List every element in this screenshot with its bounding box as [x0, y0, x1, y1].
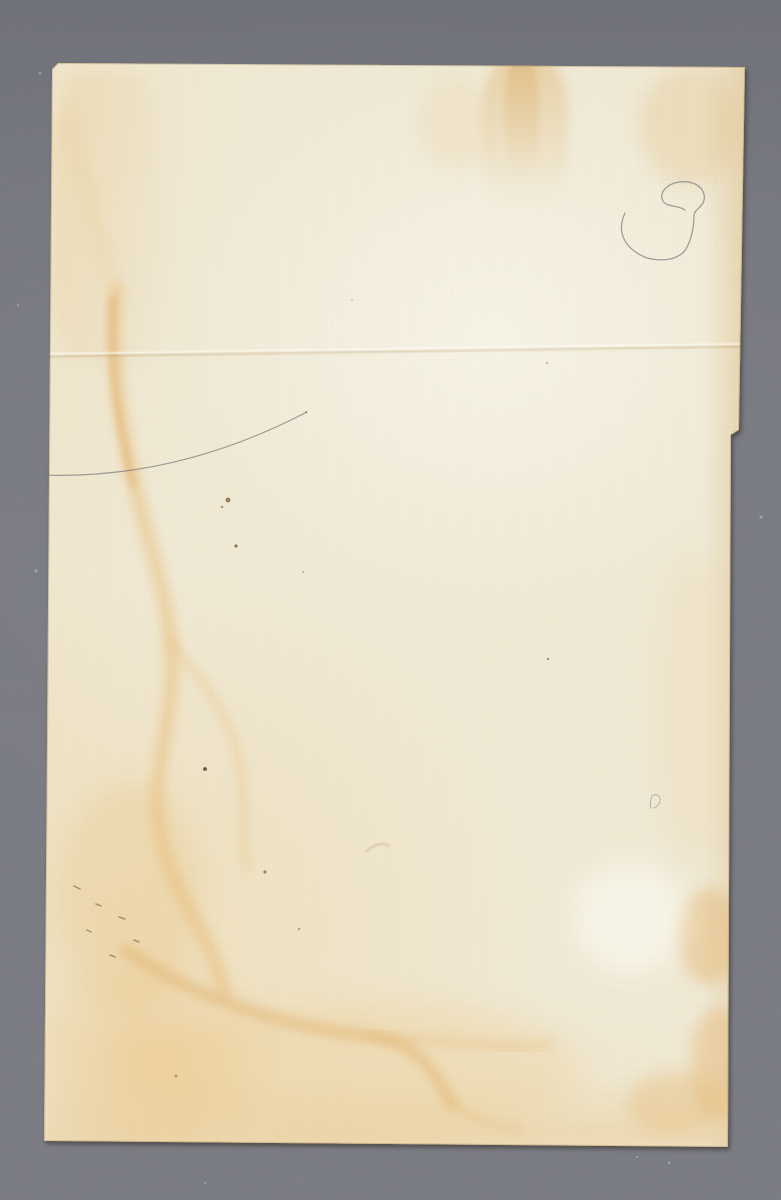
photo-of-aged-paper: [0, 0, 781, 1200]
aged-paper-back: [0, 0, 781, 1200]
pencil-line-end-dot: [305, 411, 307, 413]
paper-shadow-wrapper: [0, 0, 781, 1200]
paper-foxing-noise: [44, 57, 746, 1149]
paper-marks-overlay: [0, 0, 781, 1200]
